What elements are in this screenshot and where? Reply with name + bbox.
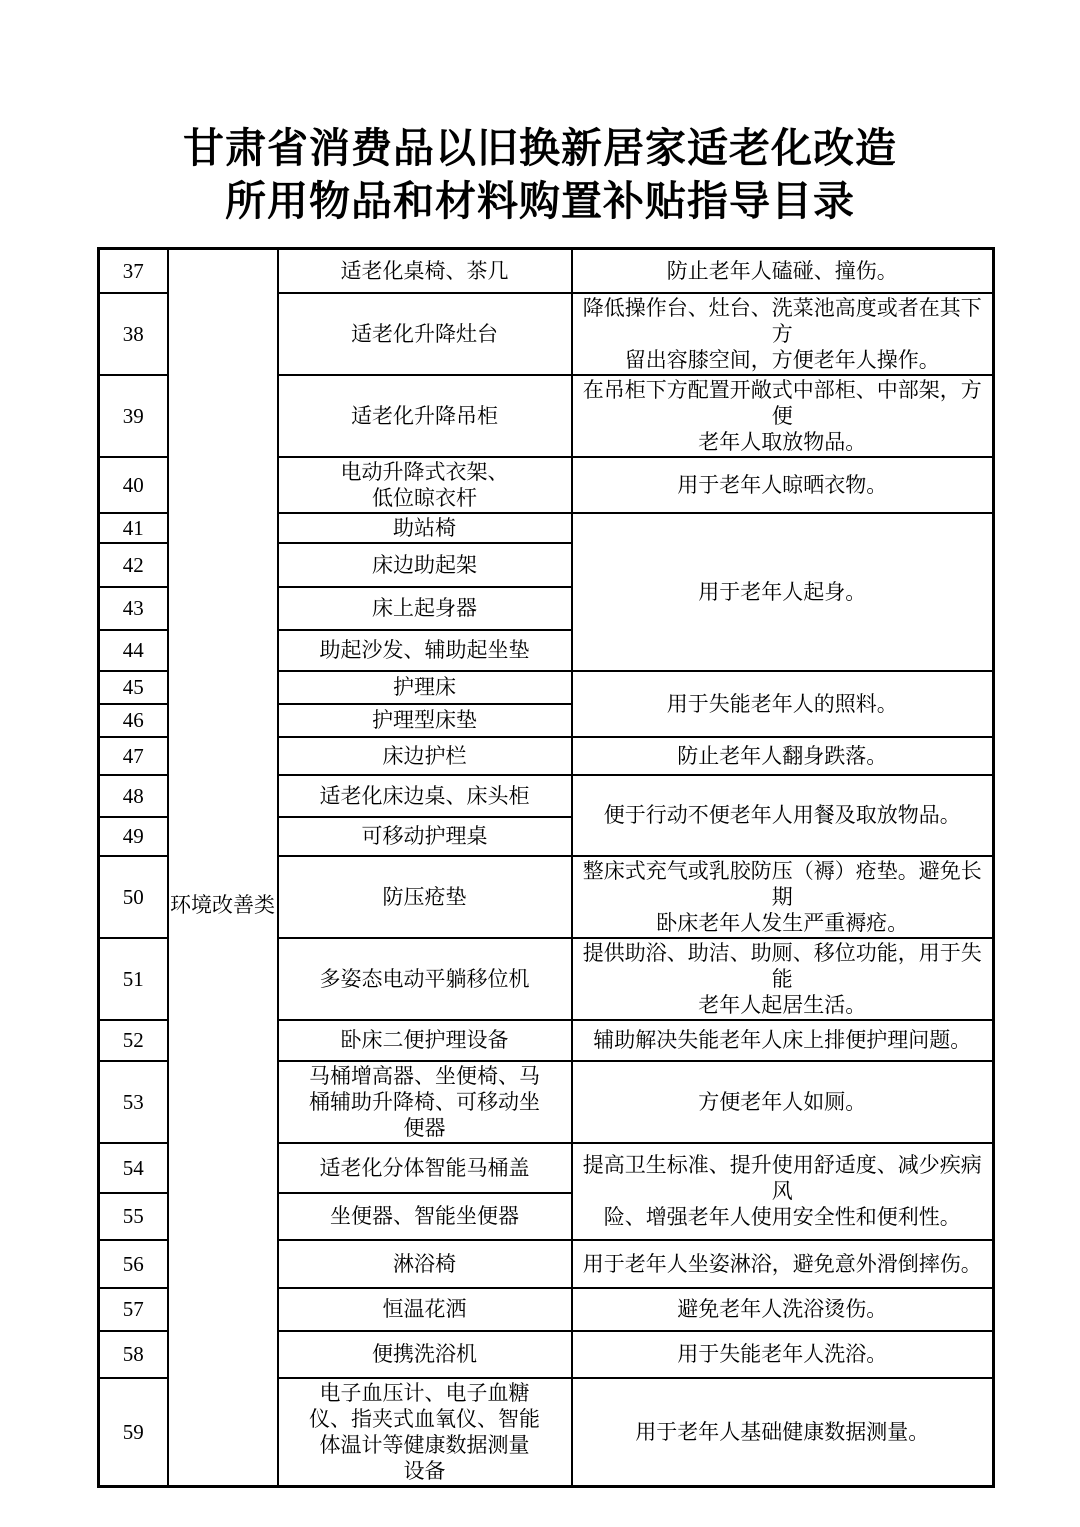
item-name-cell: 适老化分体智能马桶盖: [278, 1143, 572, 1193]
description-cell: 方便老年人如厕。: [572, 1061, 994, 1143]
item-name-cell: 坐便器、智能坐便器: [278, 1193, 572, 1240]
description-cell: 提供助浴、助洁、助厕、移位功能，用于失能 老年人起居生活。: [572, 938, 994, 1020]
row-number-cell: 47: [99, 737, 168, 775]
row-number-cell: 59: [99, 1378, 168, 1487]
document-page: 甘肃省消费品以旧换新居家适老化改造 所用物品和材料购置补贴指导目录 37 环境改…: [0, 0, 1080, 1527]
item-name-cell: 护理型床垫: [278, 704, 572, 737]
item-name-cell: 助站椅: [278, 513, 572, 543]
item-name-cell: 适老化升降灶台: [278, 293, 572, 375]
description-cell: 用于老年人起身。: [572, 513, 994, 671]
description-cell: 辅助解决失能老年人床上排便护理问题。: [572, 1020, 994, 1061]
row-number-cell: 52: [99, 1020, 168, 1061]
item-name-cell: 护理床: [278, 671, 572, 704]
row-number-cell: 48: [99, 775, 168, 817]
description-cell: 便于行动不便老年人用餐及取放物品。: [572, 775, 994, 856]
item-name-cell: 适老化升降吊柜: [278, 375, 572, 457]
item-name-cell: 电动升降式衣架、 低位晾衣杆: [278, 457, 572, 513]
row-number-cell: 40: [99, 457, 168, 513]
row-number-cell: 49: [99, 817, 168, 856]
row-number-cell: 38: [99, 293, 168, 375]
description-cell: 降低操作台、灶台、洗菜池高度或者在其下方 留出容膝空间，方便老年人操作。: [572, 293, 994, 375]
row-number-cell: 57: [99, 1288, 168, 1331]
row-number-cell: 50: [99, 856, 168, 938]
subsidy-catalog-table: 37 环境改善类 适老化桌椅、茶几 防止老年人磕碰、撞伤。 38 适老化升降灶台…: [97, 247, 995, 1488]
category-cell: 环境改善类: [168, 249, 278, 1487]
table-row: 37 环境改善类 适老化桌椅、茶几 防止老年人磕碰、撞伤。: [99, 249, 994, 293]
item-name-cell: 卧床二便护理设备: [278, 1020, 572, 1061]
item-name-cell: 床边护栏: [278, 737, 572, 775]
description-cell: 提高卫生标准、提升使用舒适度、减少疾病风 险、增强老年人使用安全性和便利性。: [572, 1143, 994, 1240]
document-title-line2: 所用物品和材料购置补贴指导目录: [0, 175, 1080, 228]
row-number-cell: 42: [99, 543, 168, 587]
item-name-cell: 防压疮垫: [278, 856, 572, 938]
item-name-cell: 助起沙发、辅助起坐垫: [278, 630, 572, 671]
row-number-cell: 41: [99, 513, 168, 543]
item-name-cell: 电子血压计、电子血糖 仪、指夹式血氧仪、智能 体温计等健康数据测量 设备: [278, 1378, 572, 1487]
row-number-cell: 39: [99, 375, 168, 457]
document-title: 甘肃省消费品以旧换新居家适老化改造 所用物品和材料购置补贴指导目录: [0, 122, 1080, 228]
description-cell: 避免老年人洗浴烫伤。: [572, 1288, 994, 1331]
description-cell: 用于老年人坐姿淋浴，避免意外滑倒摔伤。: [572, 1240, 994, 1288]
row-number-cell: 46: [99, 704, 168, 737]
description-cell: 整床式充气或乳胶防压（褥）疮垫。避免长期 卧床老年人发生严重褥疮。: [572, 856, 994, 938]
item-name-cell: 淋浴椅: [278, 1240, 572, 1288]
row-number-cell: 53: [99, 1061, 168, 1143]
row-number-cell: 54: [99, 1143, 168, 1193]
item-name-cell: 适老化床边桌、床头柜: [278, 775, 572, 817]
row-number-cell: 56: [99, 1240, 168, 1288]
row-number-cell: 55: [99, 1193, 168, 1240]
item-name-cell: 适老化桌椅、茶几: [278, 249, 572, 293]
item-name-cell: 马桶增高器、坐便椅、马 桶辅助升降椅、可移动坐 便器: [278, 1061, 572, 1143]
description-cell: 防止老年人磕碰、撞伤。: [572, 249, 994, 293]
row-number-cell: 51: [99, 938, 168, 1020]
item-name-cell: 床边助起架: [278, 543, 572, 587]
category-label: 环境改善类: [169, 892, 277, 918]
description-cell: 防止老年人翻身跌落。: [572, 737, 994, 775]
item-name-cell: 床上起身器: [278, 587, 572, 630]
description-cell: 用于老年人晾晒衣物。: [572, 457, 994, 513]
description-cell: 用于老年人基础健康数据测量。: [572, 1378, 994, 1487]
description-cell: 在吊柜下方配置开敞式中部柜、中部架，方便 老年人取放物品。: [572, 375, 994, 457]
row-number-cell: 58: [99, 1331, 168, 1378]
row-number-cell: 45: [99, 671, 168, 704]
row-number-cell: 37: [99, 249, 168, 293]
description-cell: 用于失能老年人洗浴。: [572, 1331, 994, 1378]
document-title-line1: 甘肃省消费品以旧换新居家适老化改造: [0, 122, 1080, 175]
row-number-cell: 43: [99, 587, 168, 630]
item-name-cell: 便携洗浴机: [278, 1331, 572, 1378]
item-name-cell: 恒温花洒: [278, 1288, 572, 1331]
item-name-cell: 可移动护理桌: [278, 817, 572, 856]
item-name-cell: 多姿态电动平躺移位机: [278, 938, 572, 1020]
row-number-cell: 44: [99, 630, 168, 671]
description-cell: 用于失能老年人的照料。: [572, 671, 994, 737]
